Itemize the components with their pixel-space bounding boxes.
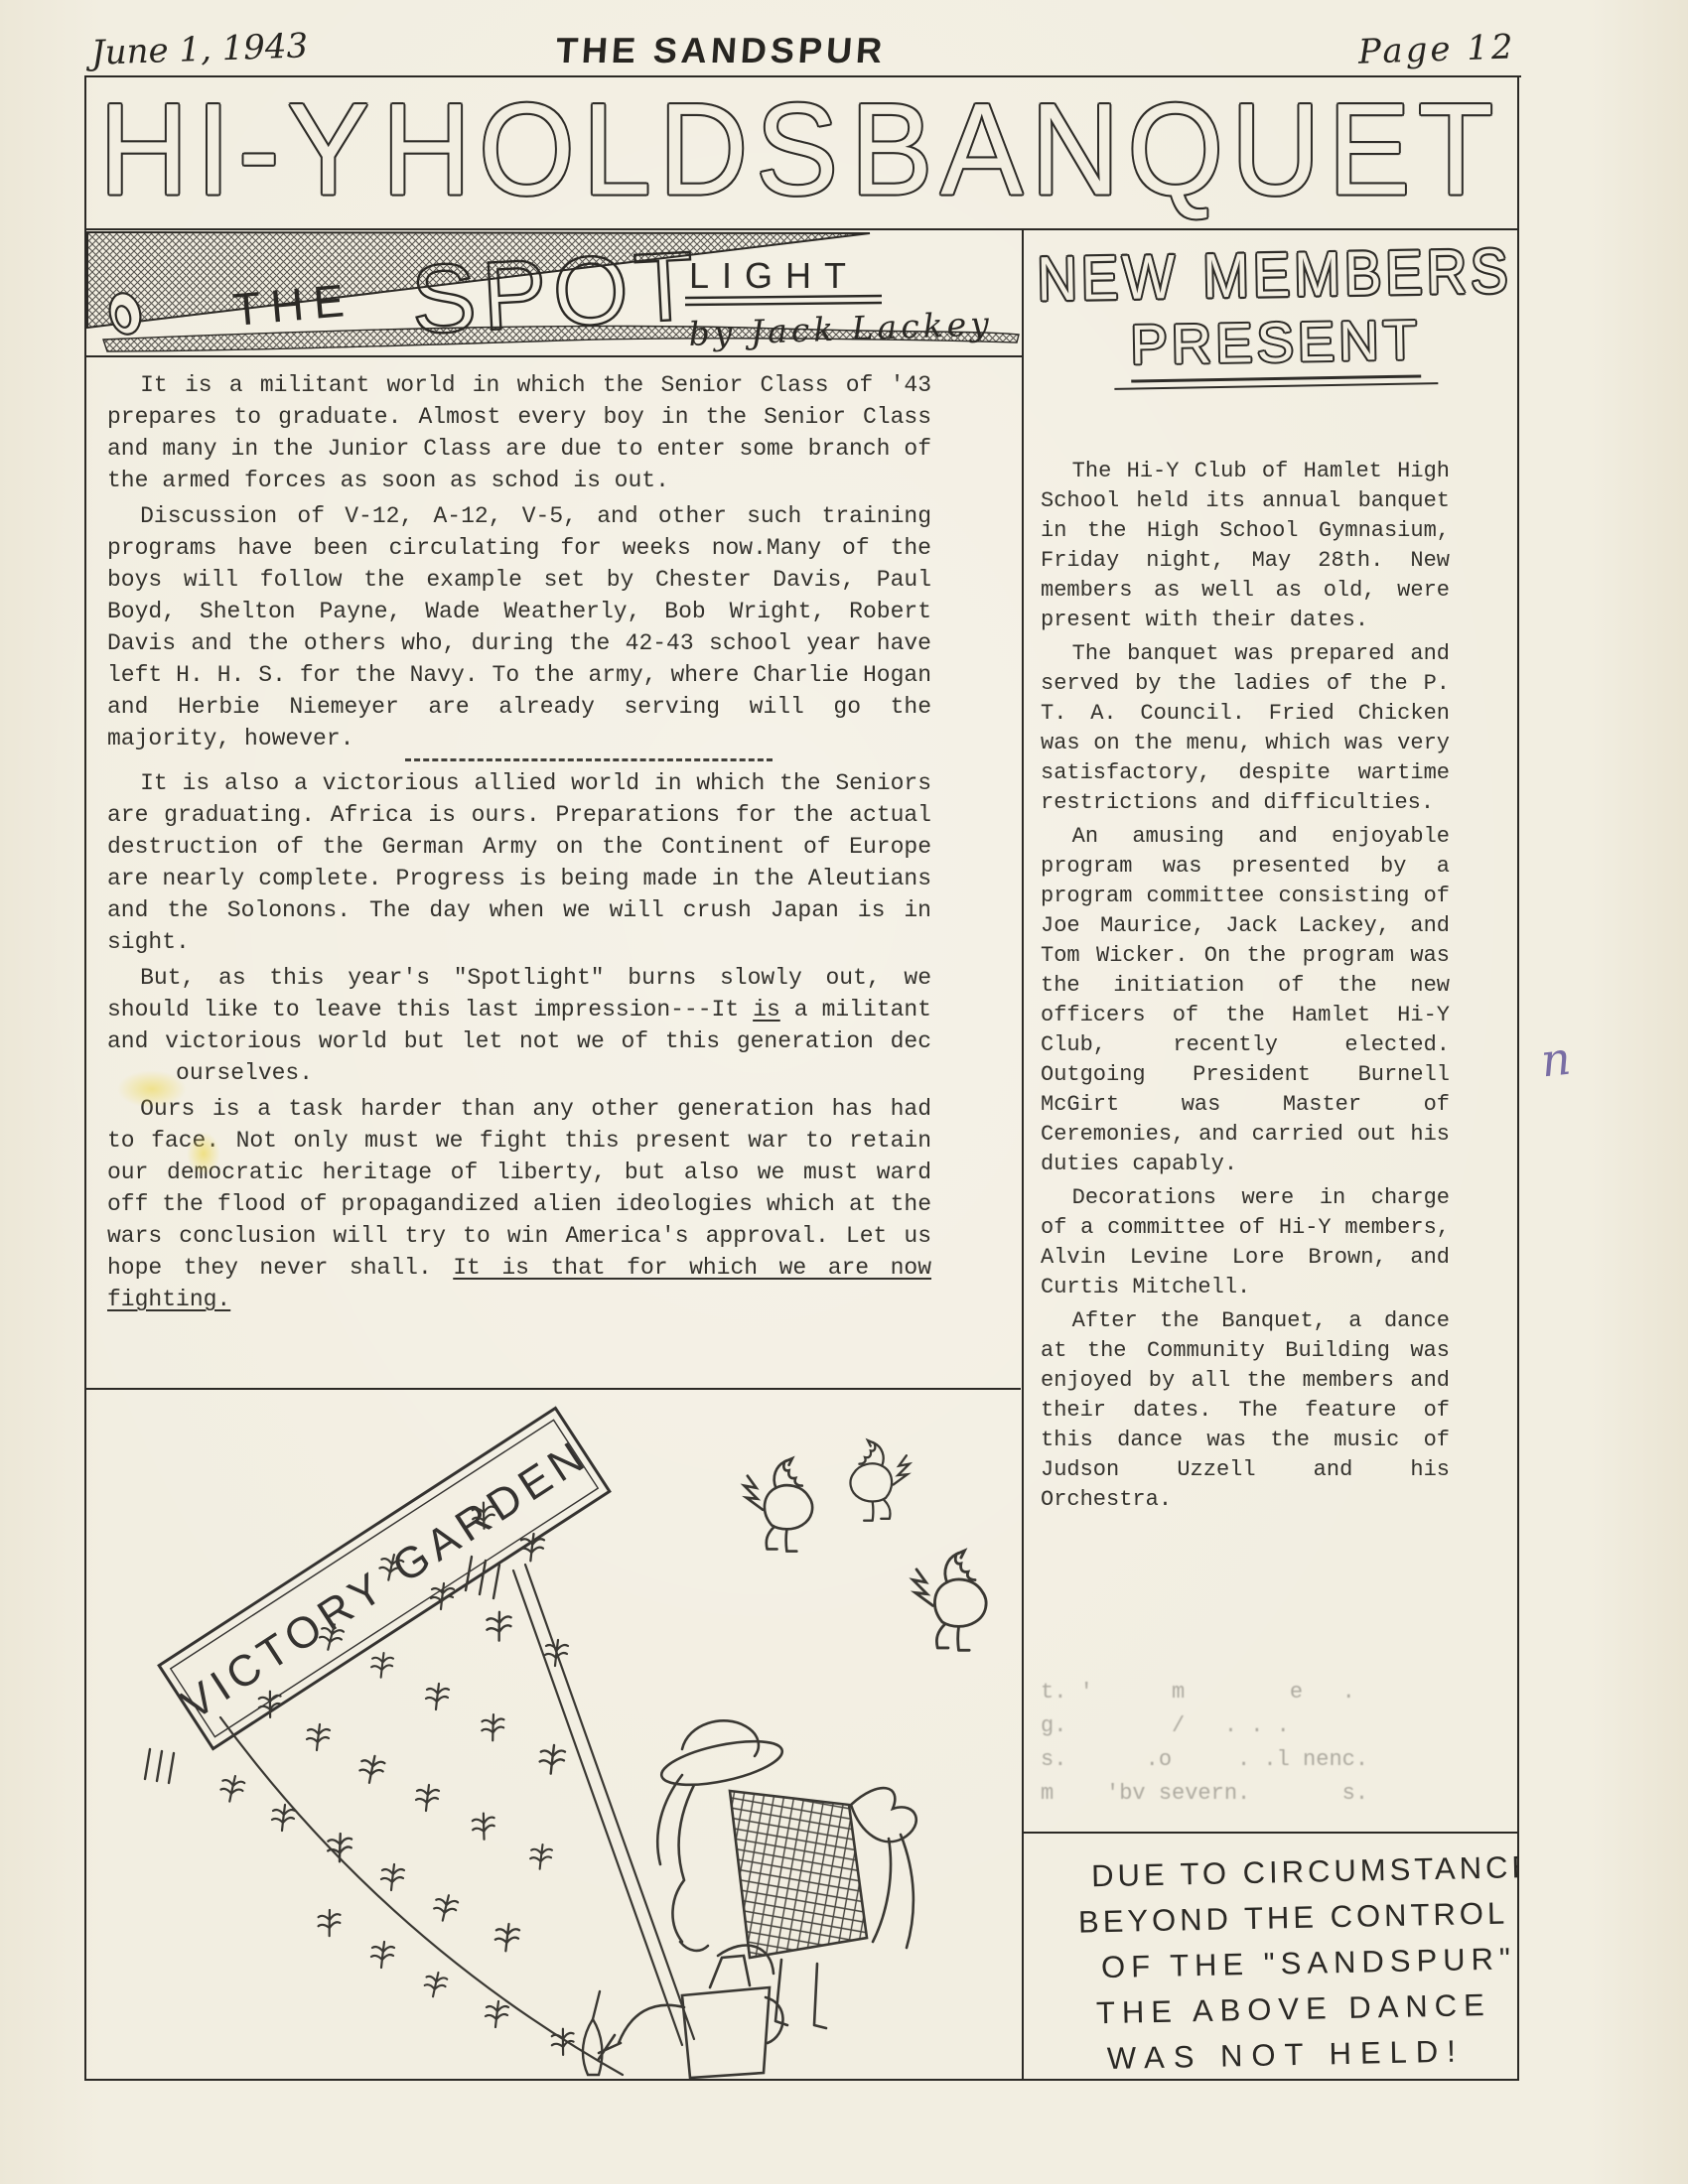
masthead-title: THE SANDSPUR bbox=[555, 30, 888, 71]
emphasized-word: is bbox=[753, 997, 780, 1023]
title-word: MEMBERS bbox=[1202, 236, 1512, 311]
article-paragraph: It is a militant world in which the Seni… bbox=[107, 369, 931, 496]
title-line-2: PRESENT bbox=[1038, 308, 1513, 377]
faded-line: s. .o . .l nenc. bbox=[1041, 1743, 1458, 1777]
page-number: Page 12 bbox=[1357, 27, 1516, 72]
spotlight-title-spot: SPOT bbox=[408, 230, 702, 354]
paragraph-divider bbox=[405, 758, 773, 761]
notice-line: WAS NOT HELD! bbox=[1106, 2027, 1517, 2080]
paragraph-text: Ours is a task harder than any other gen… bbox=[107, 1096, 931, 1281]
chickens bbox=[745, 1440, 987, 1650]
chicken-icon bbox=[745, 1458, 813, 1552]
headline-word: HI-Y bbox=[99, 81, 377, 218]
spotlight-banner-art: THE SPOT LIGHT by Jack Lackey bbox=[85, 230, 1022, 355]
article-paragraph: Decorations were in charge of a committe… bbox=[1041, 1183, 1450, 1302]
margin-pen-mark: n bbox=[1538, 1031, 1573, 1088]
frame-right-border bbox=[1517, 75, 1519, 2081]
headline-word: BANQUET bbox=[851, 81, 1501, 218]
spotlight-byline: by Jack Lackey bbox=[688, 304, 994, 353]
column-divider bbox=[1022, 228, 1024, 2081]
spotlight-title-the: THE bbox=[230, 274, 355, 336]
spotlight-banner: THE SPOT LIGHT by Jack Lackey bbox=[85, 230, 1022, 355]
right-article-title: NEW MEMBERS PRESENT bbox=[1037, 240, 1513, 377]
spotlight-article: It is a militant world in which the Seni… bbox=[107, 369, 931, 1319]
headline-word: HOLDS bbox=[382, 81, 846, 218]
victory-garden-illustration: VICTORY GARDEN bbox=[86, 1388, 1021, 2082]
article-paragraph: The banquet was prepared and served by t… bbox=[1041, 639, 1450, 818]
issue-date: June 1, 1943 bbox=[90, 26, 308, 73]
main-headline: HI-Y HOLDS BANQUET bbox=[99, 85, 1501, 214]
spotlight-bottom-rule bbox=[84, 355, 1022, 357]
light-underline bbox=[685, 296, 882, 305]
sign-label: VICTORY GARDEN bbox=[173, 1431, 597, 1729]
spotlight-title-light: LIGHT bbox=[689, 255, 859, 296]
handwritten-notice: DUE TO CIRCUMSTANCES BEYOND THE CONTROL … bbox=[1073, 1844, 1517, 2080]
article-paragraph: Ours is a task harder than any other gen… bbox=[107, 1093, 931, 1315]
handwritten-notice-box: DUE TO CIRCUMSTANCES BEYOND THE CONTROL … bbox=[1024, 1832, 1517, 2080]
title-word: NEW bbox=[1037, 242, 1180, 314]
faded-text-lines: t. ' m e . g. / . . . s. .o . .l nenc. m… bbox=[1041, 1676, 1458, 1811]
article-paragraph: The Hi-Y Club of Hamlet High School held… bbox=[1041, 457, 1450, 635]
faded-line: g. / . . . bbox=[1041, 1709, 1458, 1743]
victory-garden-sign: VICTORY GARDEN bbox=[158, 1408, 610, 1749]
chicken-icon bbox=[914, 1551, 987, 1650]
gardener-figure bbox=[657, 1720, 916, 2028]
article-paragraph: Discussion of V-12, A-12, V-5, and other… bbox=[107, 500, 931, 754]
victory-garden-art: VICTORY GARDEN bbox=[86, 1390, 1021, 2080]
article-paragraph: It is also a victorious allied world in … bbox=[107, 767, 931, 958]
chicken-icon bbox=[850, 1440, 909, 1521]
title-line-1: NEW MEMBERS bbox=[1037, 240, 1512, 310]
newspaper-page: { "header": { "date": "June 1, 1943", "m… bbox=[0, 0, 1688, 2184]
watering-can-icon bbox=[599, 1946, 783, 2078]
article-paragraph: But, as this year's "Spotlight" burns sl… bbox=[107, 962, 931, 1089]
title-word: PRESENT bbox=[1130, 308, 1422, 382]
article-paragraph: An amusing and enjoyable program was pre… bbox=[1041, 822, 1450, 1179]
faded-line: m 'bv severn. s. bbox=[1041, 1777, 1458, 1811]
article-paragraph: After the Banquet, a dance at the Commun… bbox=[1041, 1306, 1450, 1515]
banquet-article: The Hi-Y Club of Hamlet High School held… bbox=[1041, 457, 1450, 1519]
faded-line: t. ' m e . bbox=[1041, 1676, 1458, 1709]
